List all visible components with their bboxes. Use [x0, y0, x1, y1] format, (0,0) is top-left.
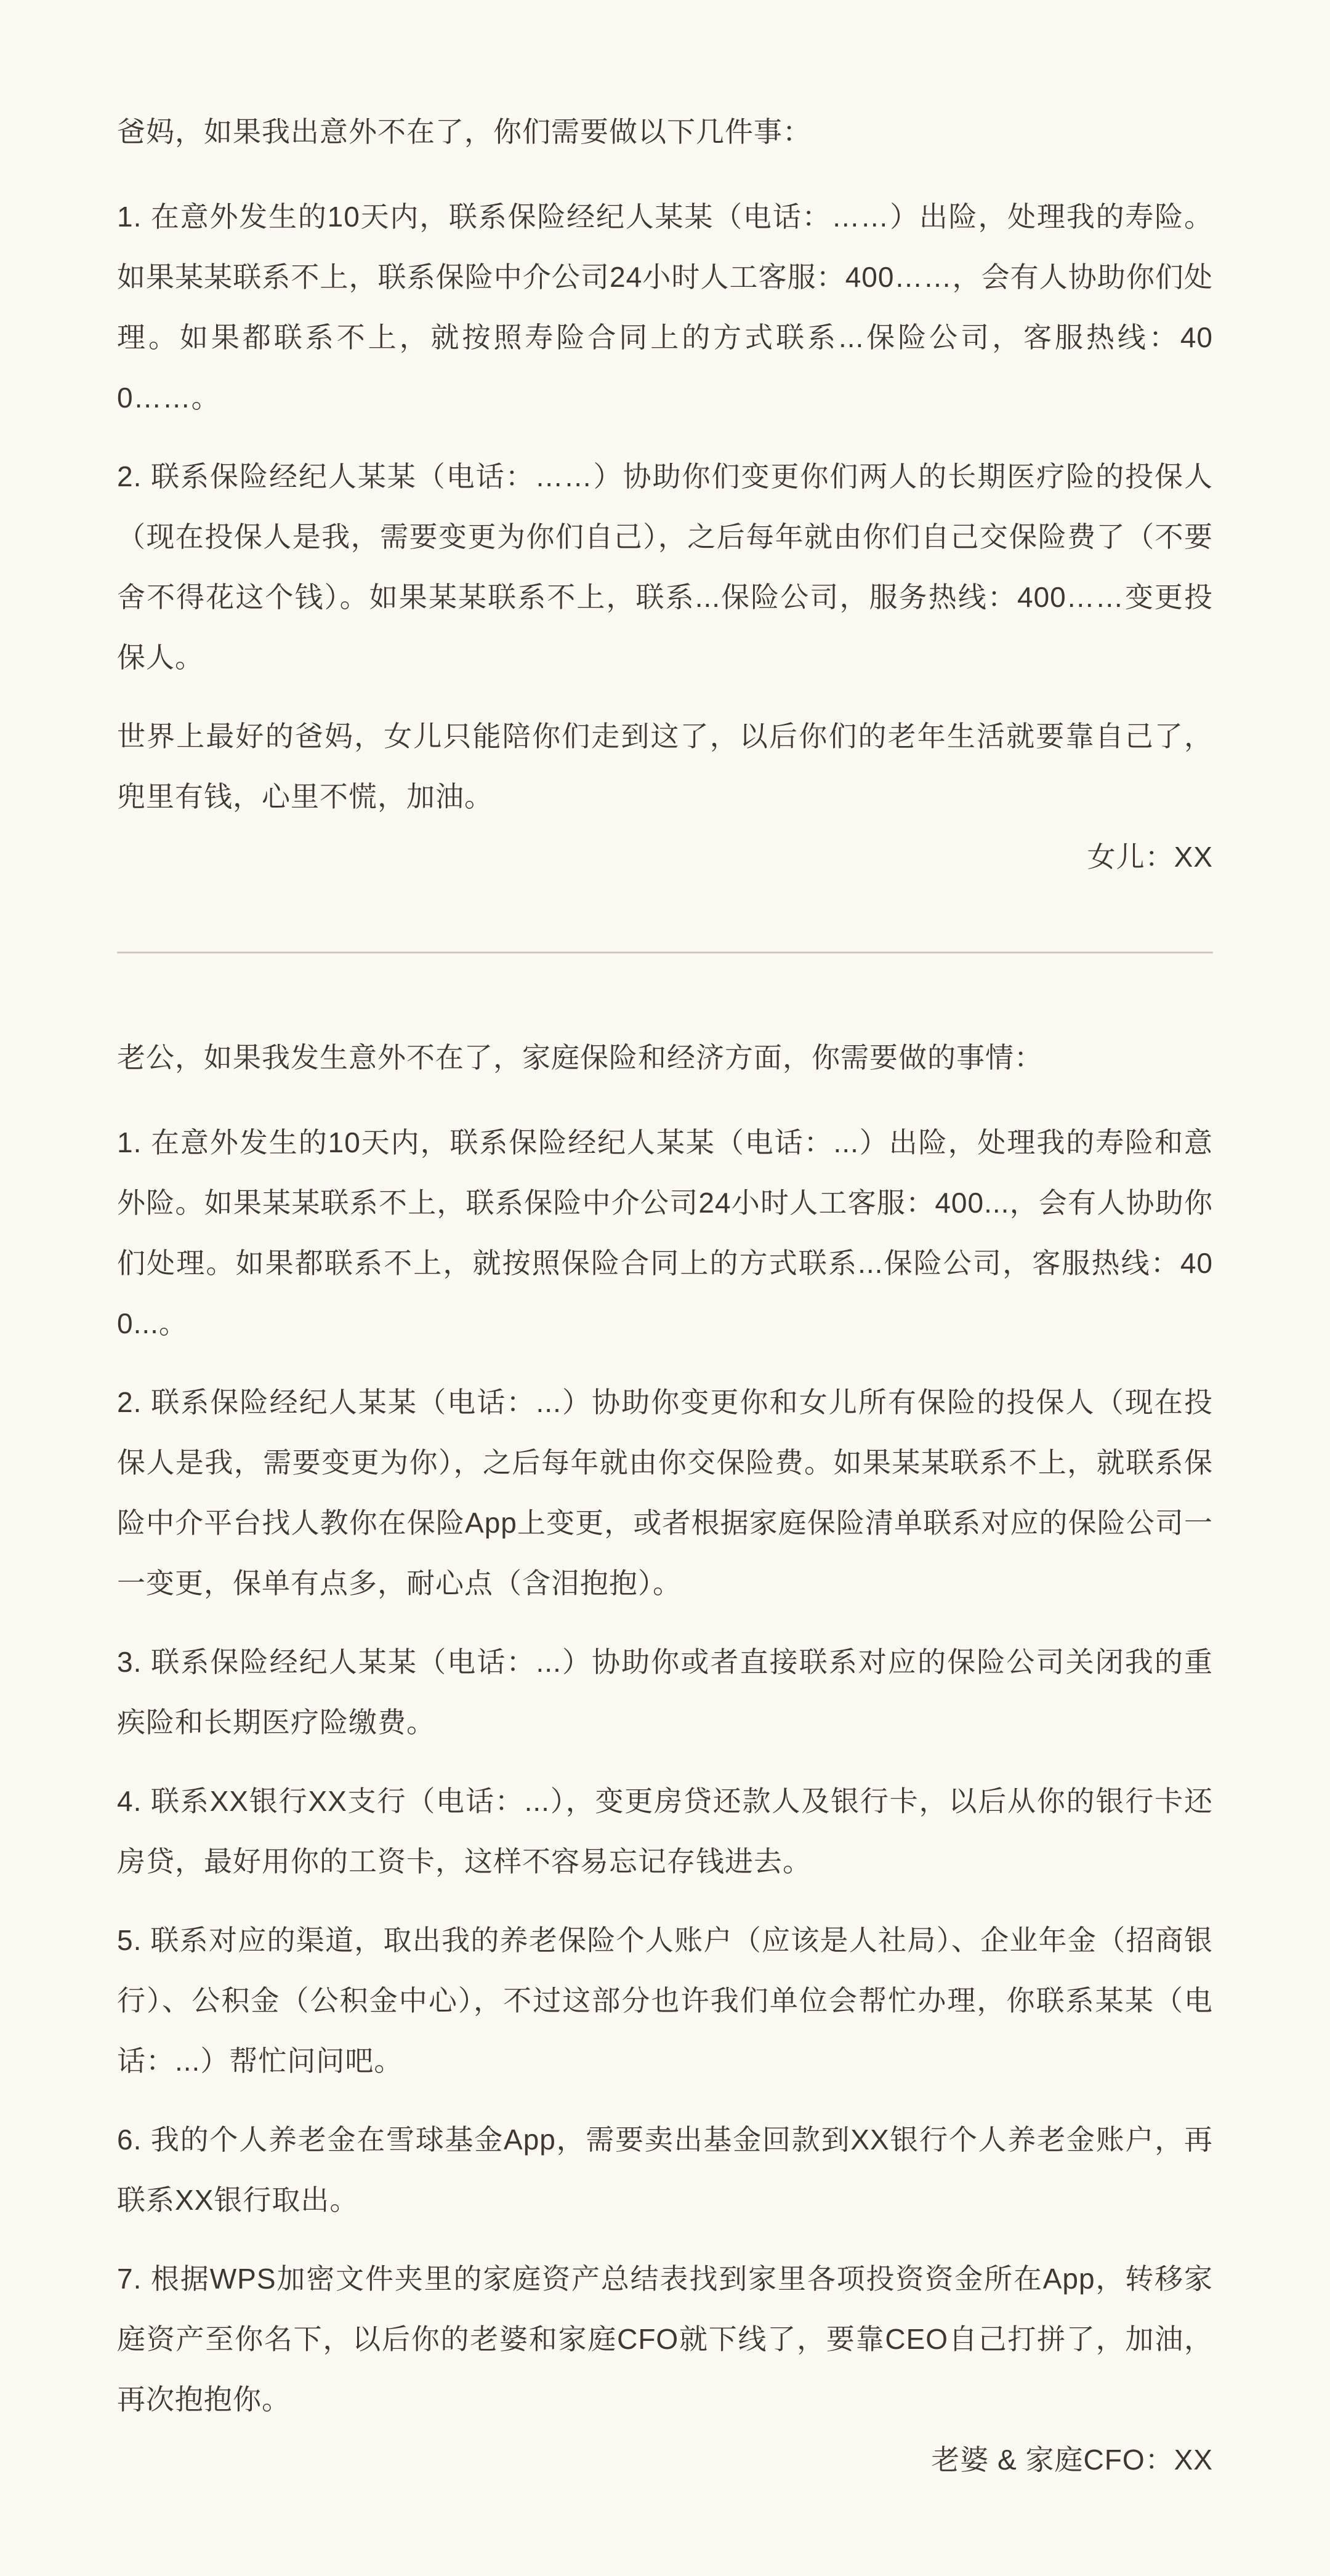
letter-to-husband-step-6: 6. 我的个人养老金在雪球基金App，需要卖出基金回款到XX银行个人养老金账户，… — [117, 2109, 1213, 2230]
letter-to-parents-step-1: 1. 在意外发生的10天内，联系保险经纪人某某（电话：……）出险，处理我的寿险。… — [117, 187, 1213, 428]
letter-to-husband-step-3: 3. 联系保险经纪人某某（电话：...）协助你或者直接联系对应的保险公司关闭我的… — [117, 1632, 1213, 1752]
letter-to-parents-title: 爸妈，如果我出意外不在了，你们需要做以下几件事： — [117, 102, 1213, 162]
letter-to-husband-step-4: 4. 联系XX银行XX支行（电话：...），变更房贷还款人及银行卡，以后从你的银… — [117, 1771, 1213, 1892]
letter-to-parents: 爸妈，如果我出意外不在了，你们需要做以下几件事： 1. 在意外发生的10天内，联… — [117, 102, 1213, 887]
letter-to-husband-step-5: 5. 联系对应的渠道，取出我的养老保险个人账户（应该是人社局）、企业年金（招商银… — [117, 1910, 1213, 2091]
letter-to-husband-step-2: 2. 联系保险经纪人某某（电话：...）协助你变更你和女儿所有保险的投保人（现在… — [117, 1372, 1213, 1613]
letter-to-husband-step-7: 7. 根据WPS加密文件夹里的家庭资产总结表找到家里各项投资资金所在App，转移… — [117, 2249, 1213, 2430]
letter-to-husband-signature: 老婆 & 家庭CFO：XX — [117, 2430, 1213, 2490]
letter-to-parents-closing: 世界上最好的爸妈，女儿只能陪你们走到这了，以后你们的老年生活就要靠自己了，兜里有… — [117, 706, 1213, 827]
letter-to-husband-step-1: 1. 在意外发生的10天内，联系保险经纪人某某（电话：...）出险，处理我的寿险… — [117, 1112, 1213, 1354]
section-divider — [117, 952, 1213, 953]
article-page: 爸妈，如果我出意外不在了，你们需要做以下几件事： 1. 在意外发生的10天内，联… — [0, 0, 1330, 2576]
letter-to-husband: 老公，如果我发生意外不在了，家庭保险和经济方面，你需要做的事情： 1. 在意外发… — [117, 1027, 1213, 2490]
letter-to-husband-title: 老公，如果我发生意外不在了，家庭保险和经济方面，你需要做的事情： — [117, 1027, 1213, 1088]
letter-to-parents-signature: 女儿：XX — [117, 827, 1213, 887]
letter-to-parents-step-2: 2. 联系保险经纪人某某（电话：……）协助你们变更你们两人的长期医疗险的投保人（… — [117, 446, 1213, 688]
